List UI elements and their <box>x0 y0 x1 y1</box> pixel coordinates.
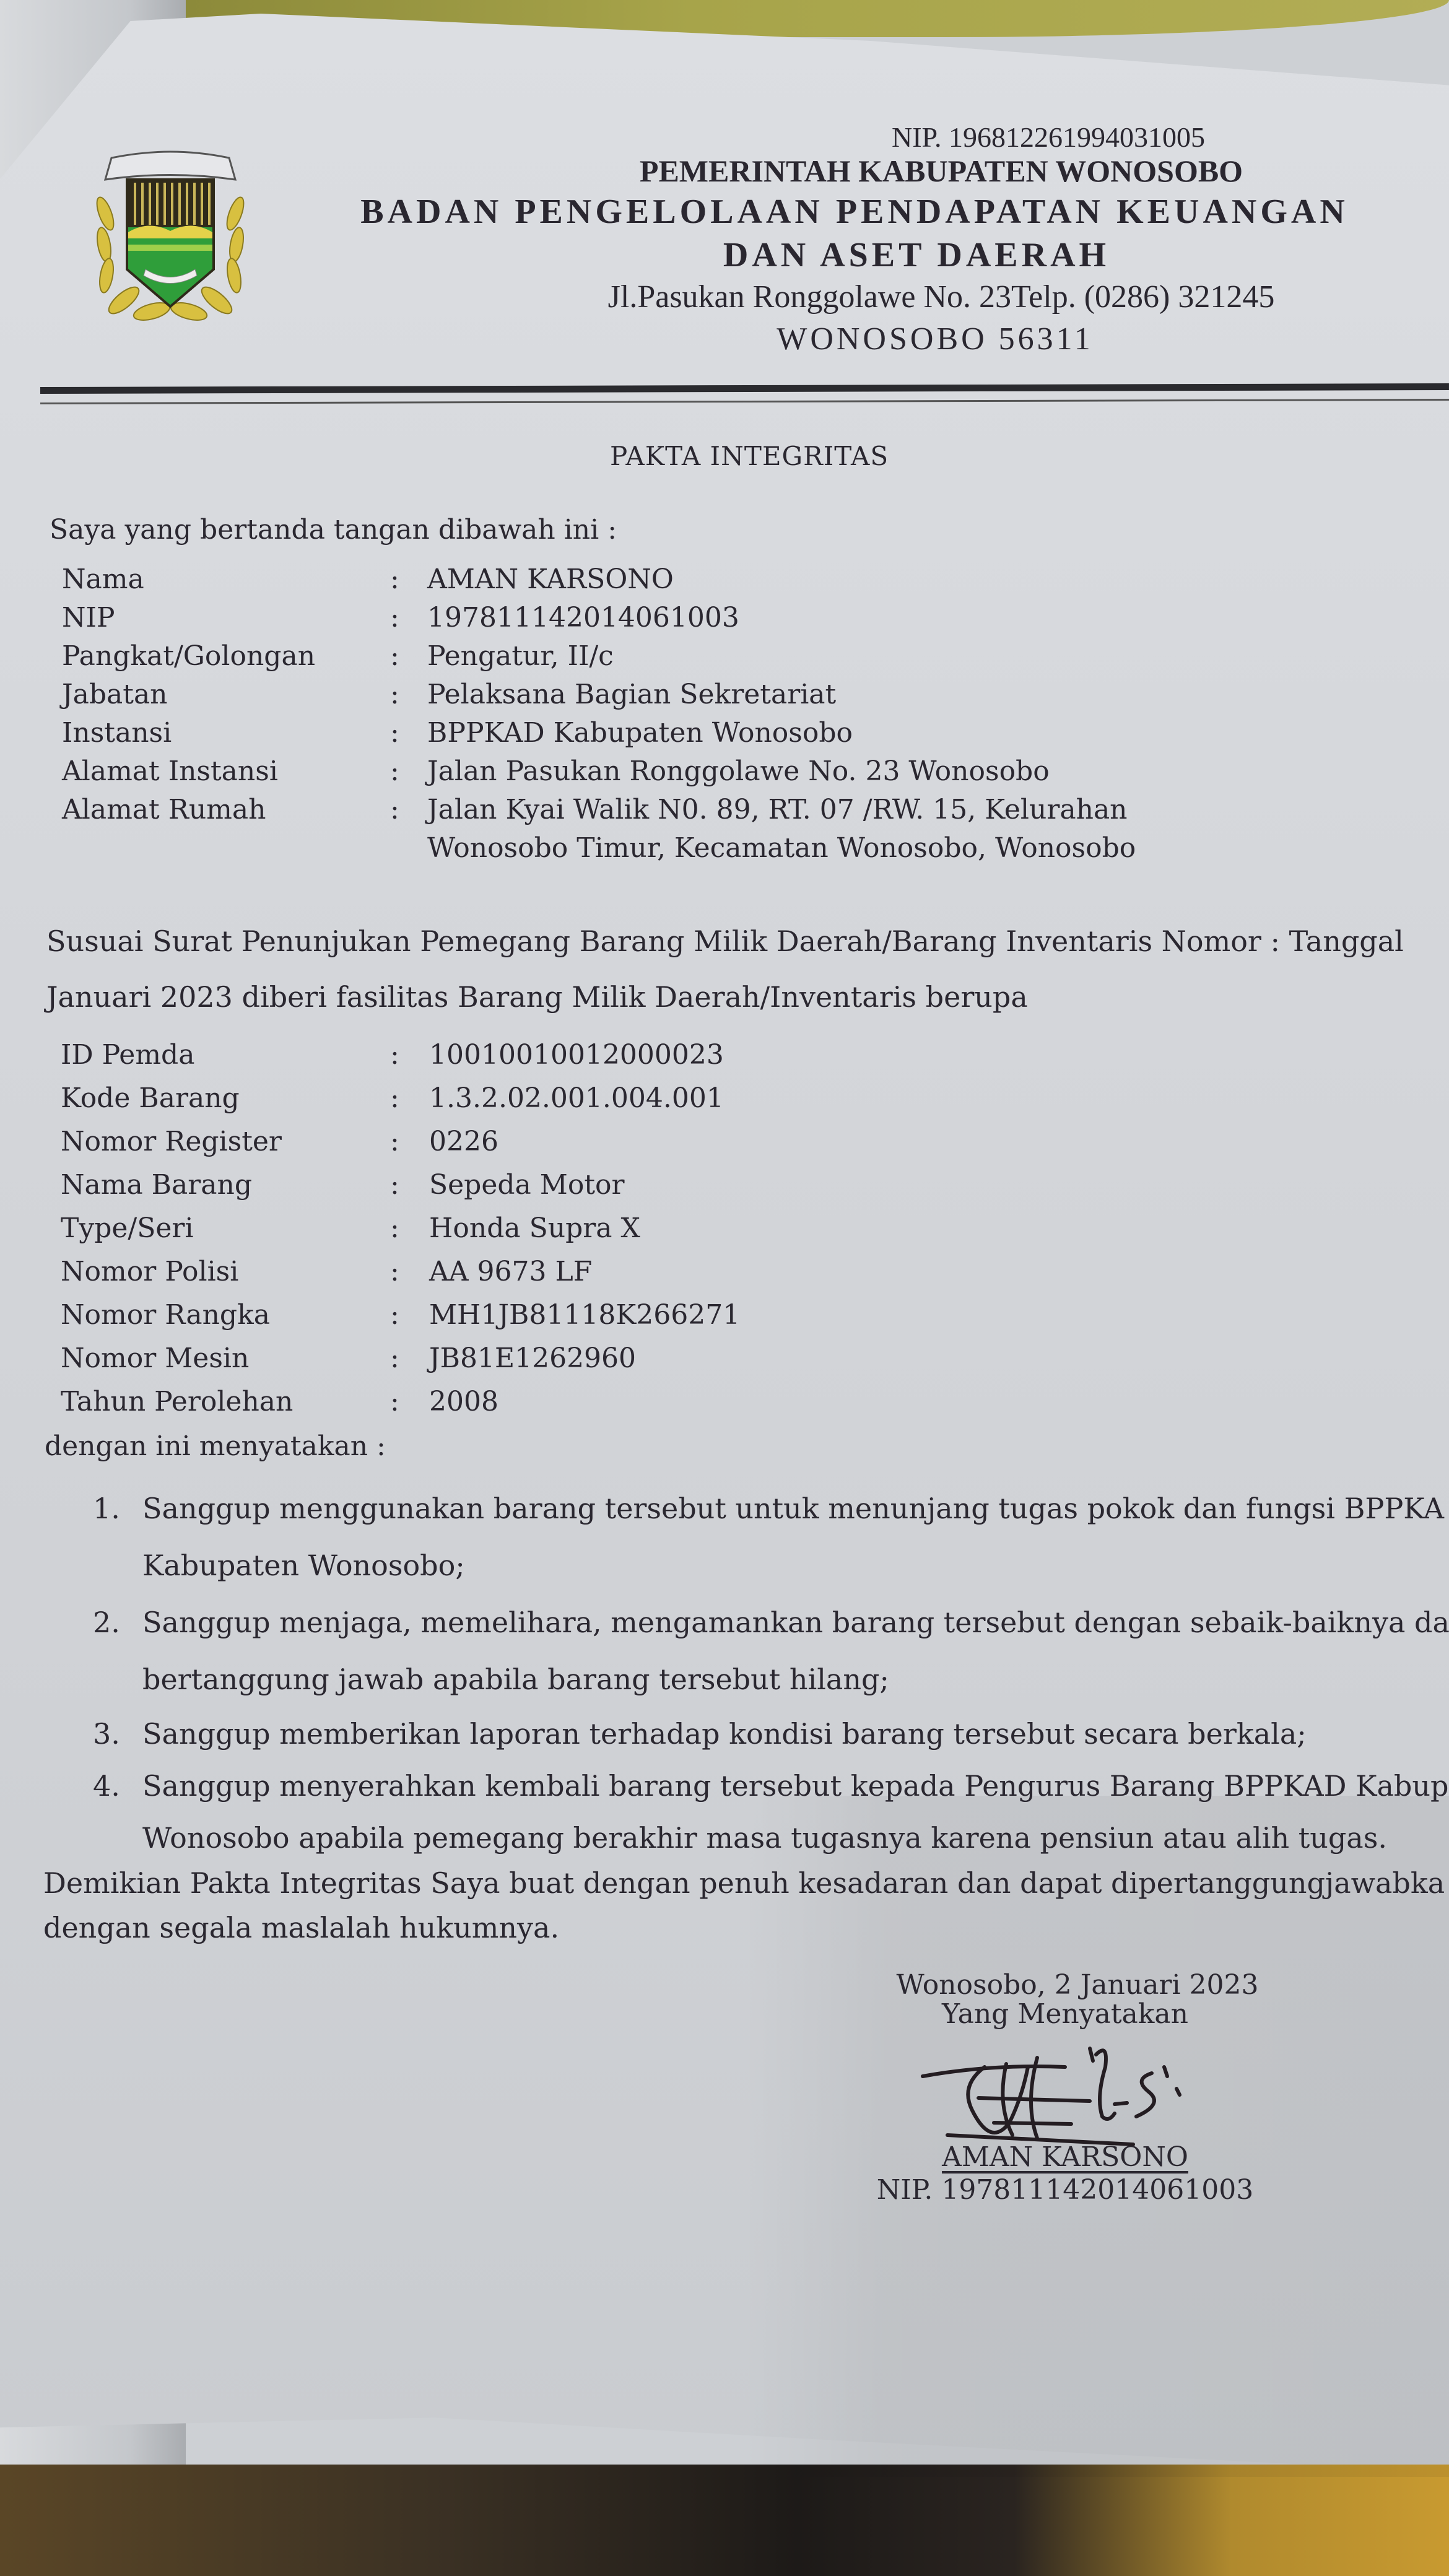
field-label: NIP <box>62 602 115 633</box>
field-label: Type/Seri <box>61 1212 194 1244</box>
statement-text: Sanggup memberikan laporan terhadap kond… <box>142 1708 1449 1760</box>
wonosobo-coat-of-arms-icon <box>87 146 254 325</box>
background-desk-bottom <box>0 2465 1449 2576</box>
signer-role: Yang Menyatakan <box>848 1998 1282 2030</box>
letterhead-divider <box>40 383 1449 404</box>
field-value: AMAN KARSONO <box>427 563 674 595</box>
field-label: Instansi <box>62 717 172 749</box>
statement-text-cont: bertanggung jawab apabila barang tersebu… <box>142 1651 1449 1708</box>
field-value: 197811142014061003 <box>427 602 739 633</box>
document-title: PAKTA INTEGRITAS <box>610 441 889 471</box>
colon: : <box>390 1126 399 1157</box>
field-value: Honda Supra X <box>429 1212 640 1244</box>
field-value: 1.3.2.02.001.004.001 <box>429 1082 724 1114</box>
field-value: 0226 <box>429 1126 498 1157</box>
field-value: 10010010012000023 <box>429 1039 724 1071</box>
field-value-continued: Wonosobo Timur, Kecamatan Wonosobo, Wono… <box>427 832 1136 864</box>
closing-line-2: dengan segala maslalah hukumnya. <box>43 1905 1445 1950</box>
colon: : <box>390 794 399 825</box>
colon: : <box>390 1386 399 1417</box>
colon: : <box>390 640 399 672</box>
statement-number: 4. <box>93 1760 120 1812</box>
letterhead-agency-line2: DAN ASET DAERAH <box>272 235 1449 275</box>
colon: : <box>390 1299 399 1331</box>
field-label: Nama <box>62 563 144 595</box>
field-label: Nomor Register <box>61 1126 282 1157</box>
colon: : <box>390 1039 399 1071</box>
closing-paragraph: Demikian Pakta Integritas Saya buat deng… <box>43 1861 1445 1950</box>
field-label: Tahun Perolehan <box>61 1386 293 1417</box>
colon: : <box>390 755 399 787</box>
colon: : <box>390 679 399 710</box>
statement-number: 1. <box>93 1480 120 1537</box>
field-label: Pangkat/Golongan <box>62 640 315 672</box>
colon: : <box>390 1212 399 1244</box>
statement-text-cont: Kabupaten Wonosobo; <box>142 1537 1449 1594</box>
field-label: Alamat Rumah <box>62 794 266 825</box>
colon: : <box>390 1256 399 1287</box>
colon: : <box>390 602 399 633</box>
letterhead-city: WONOSOBO 56311 <box>272 321 1449 357</box>
field-label: Nama Barang <box>61 1169 252 1201</box>
field-value: Pengatur, II/c <box>427 640 614 672</box>
statement-text: Sanggup menggunakan barang tersebut untu… <box>142 1480 1449 1537</box>
field-value: Pelaksana Bagian Sekretariat <box>427 679 836 710</box>
field-value: Jalan Pasukan Ronggolawe No. 23 Wonosobo <box>427 755 1050 787</box>
statement-item: 3. Sanggup memberikan laporan terhadap k… <box>93 1708 1449 1760</box>
colon: : <box>390 1169 399 1201</box>
field-label: ID Pemda <box>61 1039 194 1071</box>
signer-nip: NIP. 197811142014061003 <box>848 2174 1282 2206</box>
intro-text: Saya yang bertanda tangan dibawah ini : <box>50 514 617 546</box>
place-date: Wonosobo, 2 Januari 2023 <box>873 1969 1282 2001</box>
statement-text-cont: Wonosobo apabila pemegang berakhir masa … <box>142 1812 1449 1864</box>
statement-number: 2. <box>93 1594 120 1651</box>
field-value: Sepeda Motor <box>429 1169 625 1201</box>
field-value: AA 9673 LF <box>429 1256 592 1287</box>
handwritten-signature-icon <box>904 2030 1226 2154</box>
field-label: Jabatan <box>62 679 168 710</box>
basis-line-2: Januari 2023 diberi fasilitas Barang Mil… <box>46 969 1404 1025</box>
statement-list: 1. Sanggup menggunakan barang tersebut u… <box>93 1480 1449 1864</box>
statement-item: 4. Sanggup menyerahkan kembali barang te… <box>93 1760 1449 1864</box>
field-value: 2008 <box>429 1386 498 1417</box>
basis-line-1: Susuai Surat Penunjukan Pemegang Barang … <box>46 913 1404 969</box>
field-value: MH1JB81118K266271 <box>429 1299 740 1331</box>
letterhead-government: PEMERINTAH KABUPATEN WONOSOBO <box>272 153 1449 189</box>
field-label: Nomor Rangka <box>61 1299 270 1331</box>
statement-text: Sanggup menjaga, memelihara, mengamankan… <box>142 1594 1449 1651</box>
colon: : <box>390 717 399 749</box>
field-value: BPPKAD Kabupaten Wonosobo <box>427 717 853 749</box>
field-label: Alamat Instansi <box>62 755 278 787</box>
statement-item: 2. Sanggup menjaga, memelihara, mengaman… <box>93 1594 1449 1708</box>
field-label: Nomor Mesin <box>61 1342 249 1374</box>
colon: : <box>390 1342 399 1374</box>
field-label: Nomor Polisi <box>61 1256 238 1287</box>
field-value: JB81E1262960 <box>429 1342 636 1374</box>
statement-number: 3. <box>93 1708 120 1760</box>
letterhead-address: Jl.Pasukan Ronggolawe No. 23Telp. (0286)… <box>272 279 1449 315</box>
statement-item: 1. Sanggup menggunakan barang tersebut u… <box>93 1480 1449 1594</box>
colon: : <box>390 1082 399 1114</box>
letterhead-nip: NIP. 196812261994031005 <box>892 121 1205 154</box>
field-value: Jalan Kyai Walik N0. 89, RT. 07 /RW. 15,… <box>427 794 1128 825</box>
statement-text: Sanggup menyerahkan kembali barang terse… <box>142 1760 1449 1812</box>
closing-line-1: Demikian Pakta Integritas Saya buat deng… <box>43 1861 1445 1905</box>
signer-name: AMAN KARSONO <box>848 2141 1282 2173</box>
letterhead-agency-line1: BADAN PENGELOLAAN PENDAPATAN KEUANGAN <box>272 192 1437 232</box>
colon: : <box>390 563 399 595</box>
signature-block: Wonosobo, 2 Januari 2023 Yang Menyatakan… <box>848 1969 1282 2206</box>
field-label: Kode Barang <box>61 1082 240 1114</box>
basis-paragraph: Susuai Surat Penunjukan Pemegang Barang … <box>46 913 1404 1025</box>
declaration-lead: dengan ini menyatakan : <box>45 1430 386 1462</box>
